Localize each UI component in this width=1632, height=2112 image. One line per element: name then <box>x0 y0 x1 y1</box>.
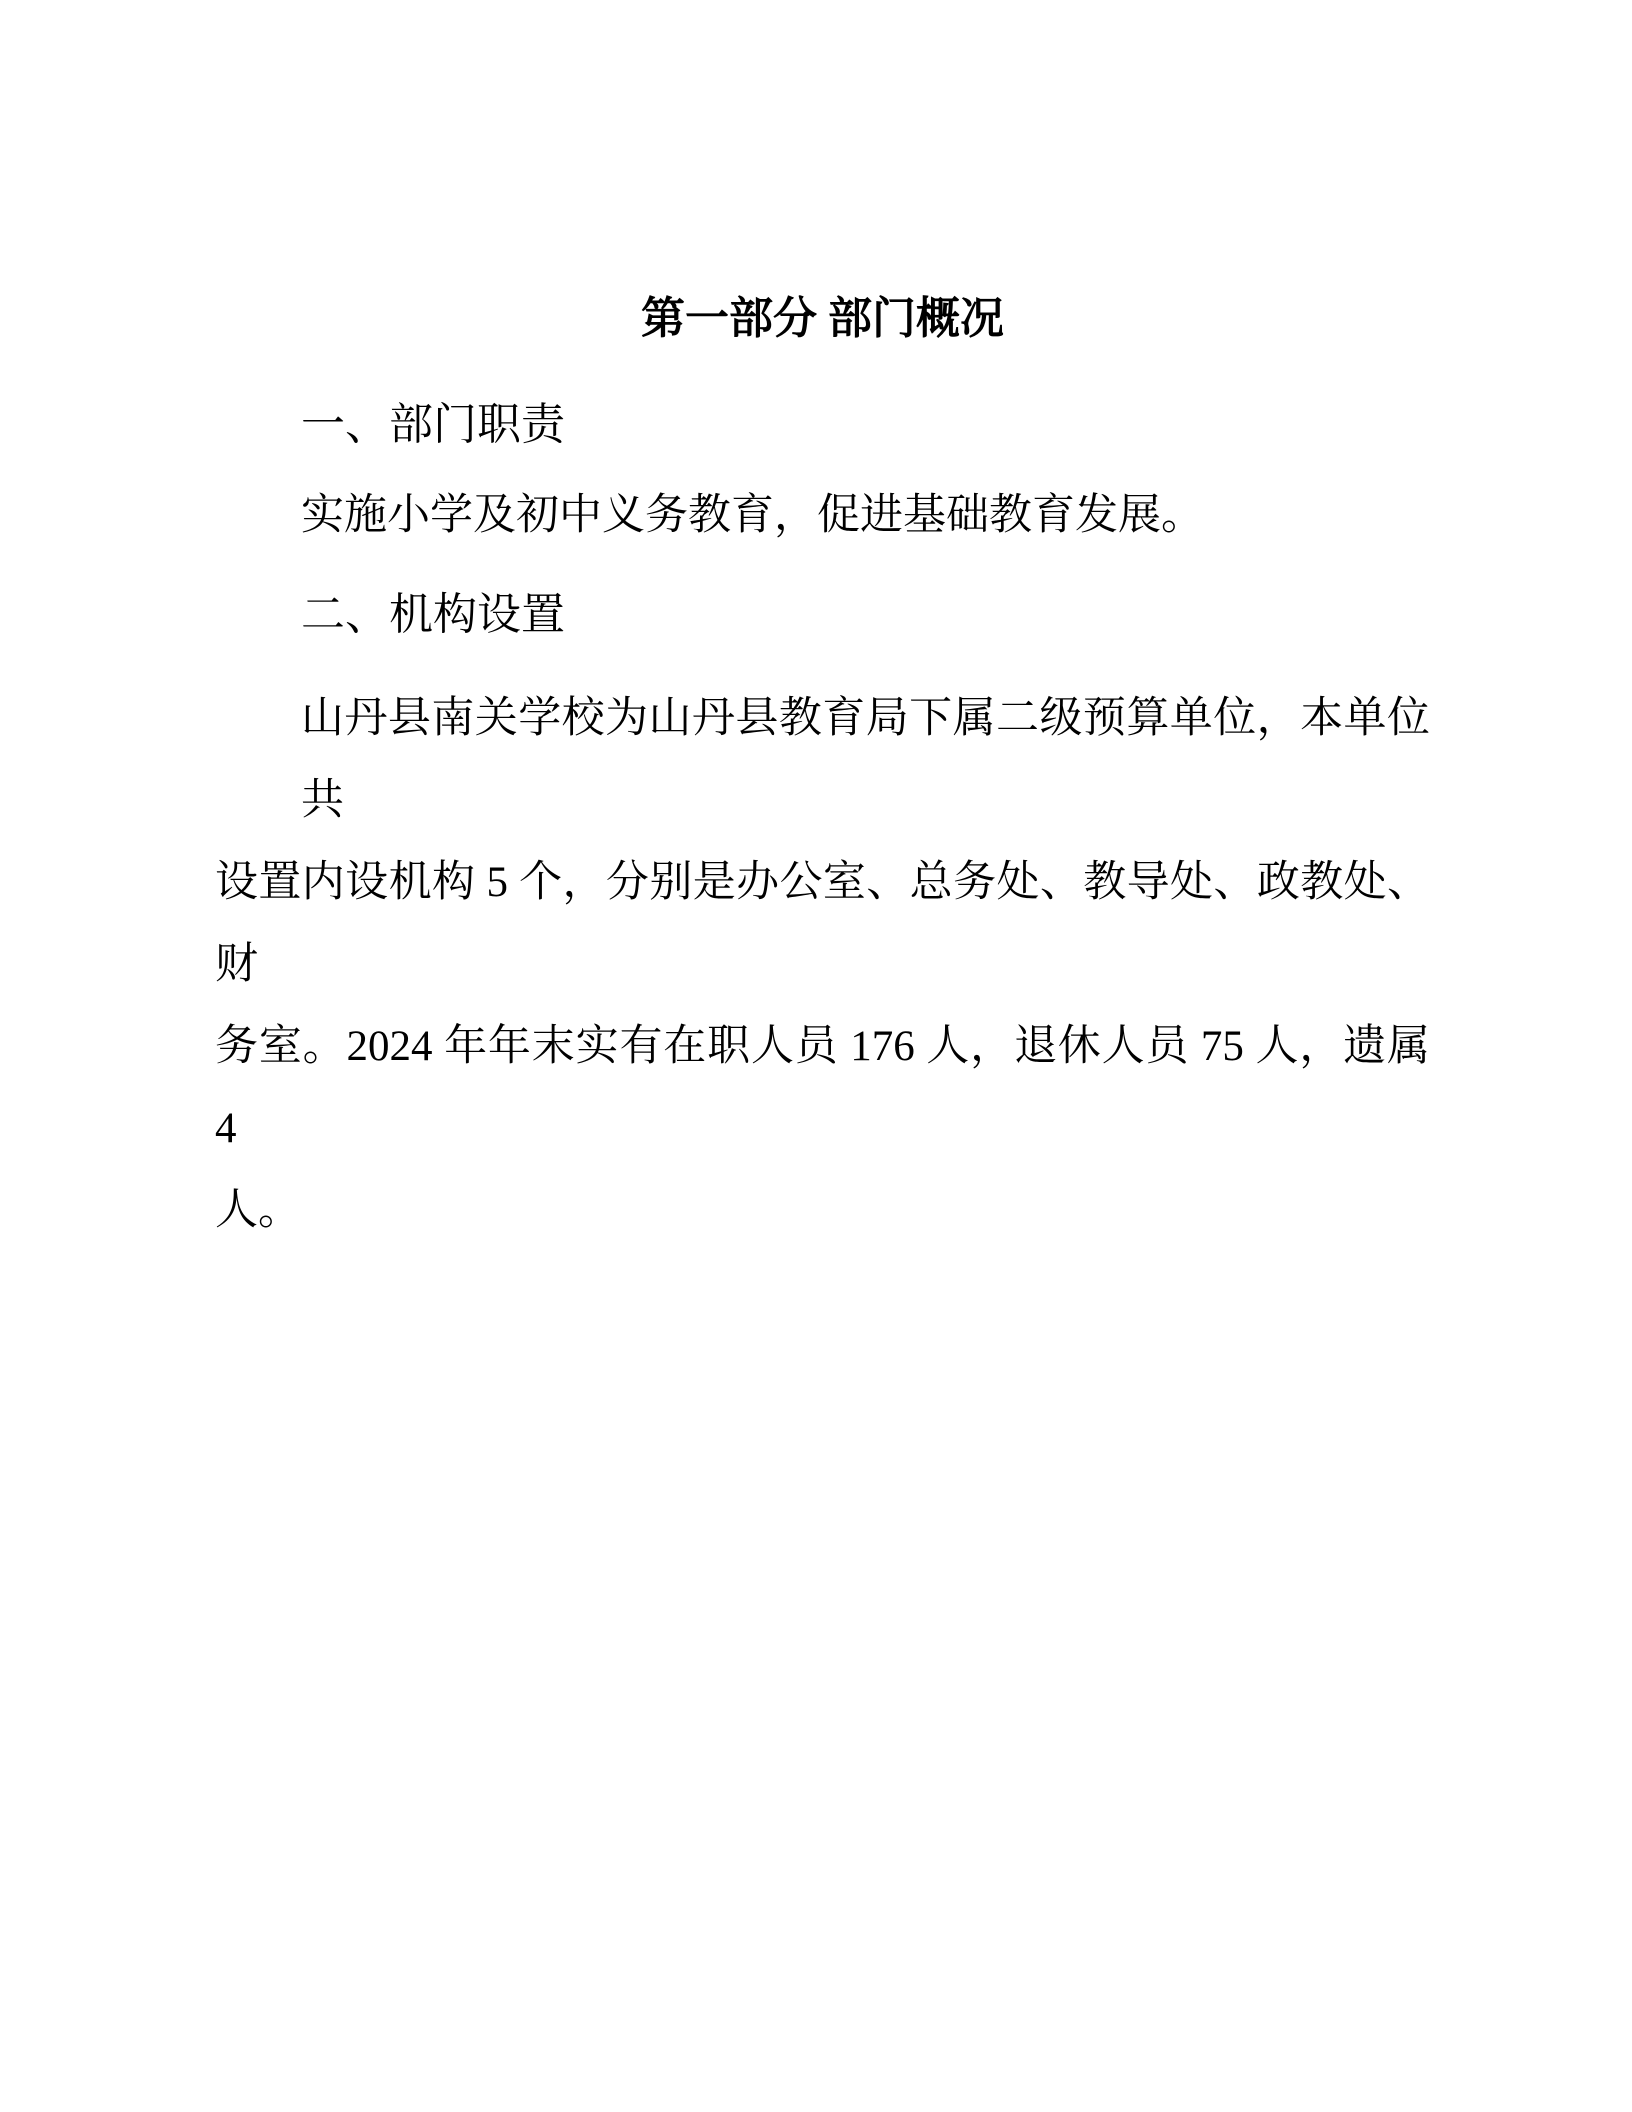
section-duties-paragraph: 实施小学及初中义务教育，促进基础教育发展。 <box>215 475 1430 557</box>
paragraph-line: 务室。2024 年年末实有在职人员 176 人，退休人员 75 人，遗属 4 <box>215 1006 1430 1170</box>
paragraph-line: 人。 <box>215 1170 1430 1252</box>
section-heading-structure: 二、机构设置 <box>215 589 1430 641</box>
paragraph-line: 山丹县南关学校为山丹县教育局下属二级预算单位，本单位共 <box>215 678 1430 842</box>
document-title: 第一部分 部门概况 <box>215 293 1430 345</box>
paragraph-line: 设置内设机构 5 个，分别是办公室、总务处、教导处、政教处、财 <box>215 842 1430 1006</box>
document-page: 第一部分 部门概况 一、部门职责 实施小学及初中义务教育，促进基础教育发展。 二… <box>0 0 1632 2112</box>
section-heading-duties: 一、部门职责 <box>215 399 1430 451</box>
section-structure-paragraph: 山丹县南关学校为山丹县教育局下属二级预算单位，本单位共 设置内设机构 5 个，分… <box>215 678 1430 1252</box>
